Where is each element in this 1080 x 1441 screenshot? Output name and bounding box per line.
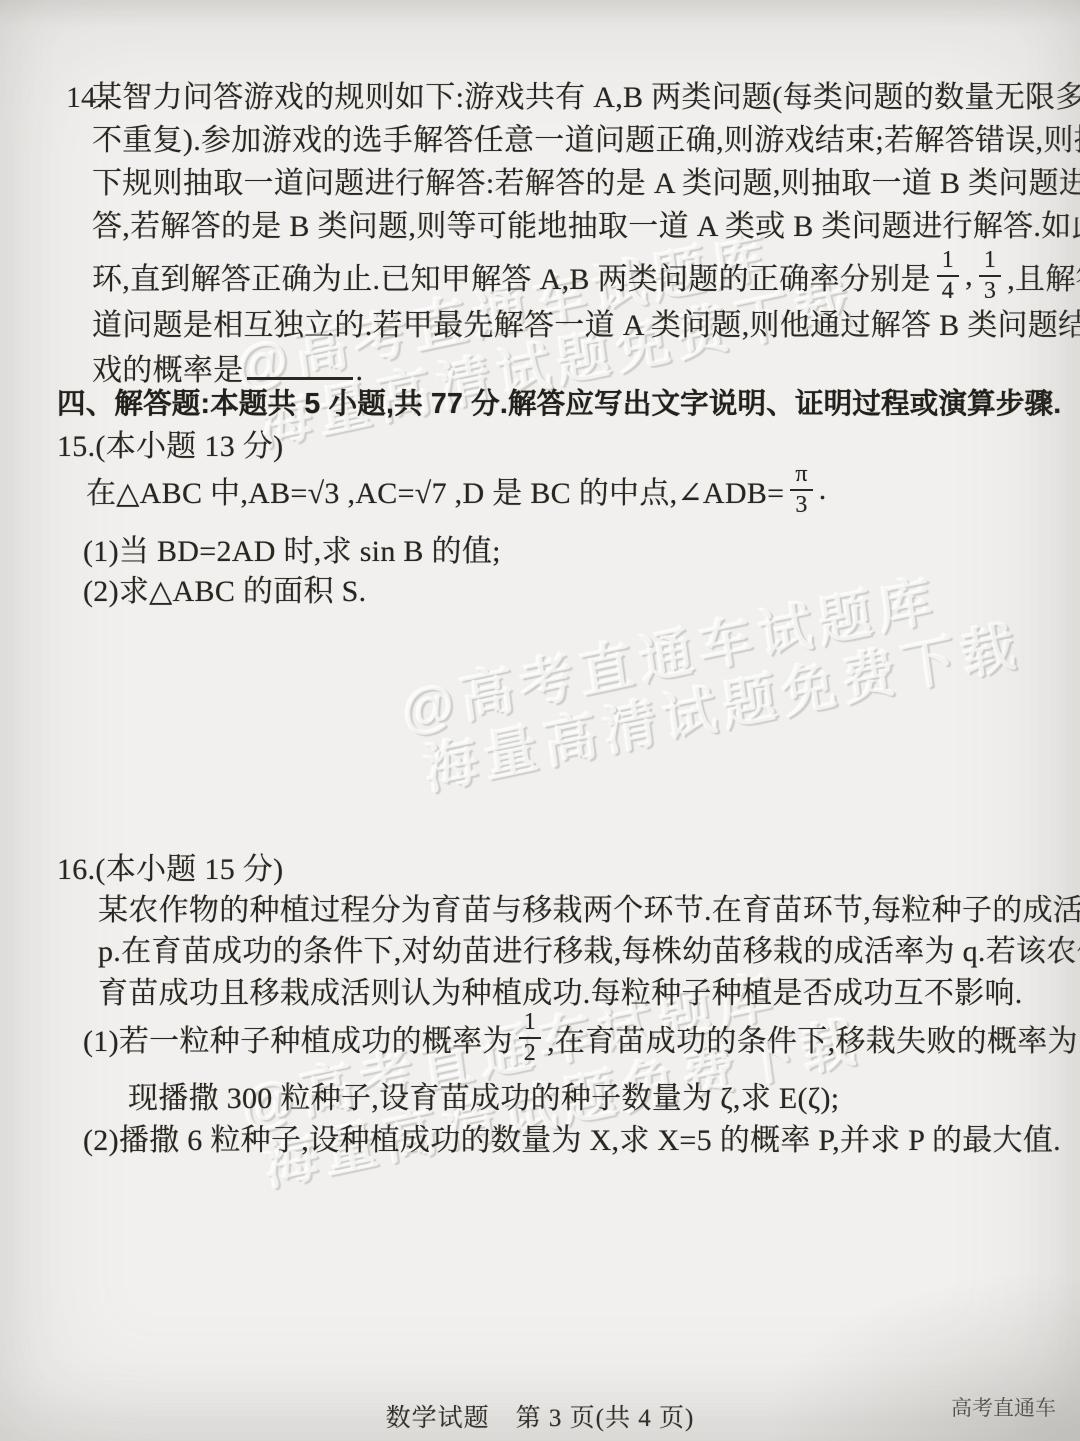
exam-page: @高考直通车试题库 海量高清试题免费下载 @高考直通车试题库 海量高清试题免费下… (0, 0, 1080, 1441)
watermark-line1: @高考直通车试题库 (398, 569, 942, 742)
fraction-denominator: 4 (942, 277, 954, 305)
question-16-part1: (1)若一粒种子种植成功的概率为 1 2 ,在育苗成功的条件下,移栽失败的概率为… (83, 1010, 1080, 1066)
fraction-numerator: π (790, 461, 812, 491)
question-text-line: 下规则抽取一道问题进行解答:若解答的是 A 类问题,则抽取一道 B 类问题进行解 (0, 162, 1080, 205)
question-text-line: 育苗成功且移栽成活则认为种植成功.每粒种子种植是否成功互不影响. (98, 972, 1023, 1015)
line-text: ,在育苗成功的条件下,移栽失败的概率为 (547, 1016, 1078, 1060)
fraction-1-3: 1 3 (979, 247, 1001, 305)
fraction-numerator: 1 (519, 1009, 541, 1039)
question-text-line: 某智力问答游戏的规则如下:游戏共有 A,B 两类问题(每类问题的数量无限多,且 (0, 76, 1080, 119)
fraction-1-4: 1 4 (937, 247, 959, 305)
question-16-header: 16.(本小题 15 分) (57, 848, 283, 891)
question-14: 14. 某智力问答游戏的规则如下:游戏共有 A,B 两类问题(每类问题的数量无限… (0, 76, 1080, 390)
fraction-numerator: 1 (937, 247, 959, 277)
line-text: 环,直到解答正确为止.已知甲解答 A,B 两类问题的正确率分别是 (92, 254, 931, 298)
question-text-line: p.在育苗成功的条件下,对幼苗进行移栽,每株幼苗移栽的成活率为 q.若该农作物 (98, 930, 1080, 973)
line-text: . (356, 354, 364, 387)
watermark-line2: 海量高清试题免费下载 (420, 614, 1025, 802)
footer-brand: 高考直通车 (951, 1392, 1056, 1422)
fraction-1-2: 1 2 (519, 1009, 541, 1067)
question-16-part1b: 现播撒 300 粒种子,设育苗成功的种子数量为 ζ,求 E(ζ); (128, 1077, 839, 1120)
question-15-part1: (1)当 BD=2AD 时,求 sin B 的值; (83, 530, 501, 573)
line-text: , (965, 259, 973, 293)
footer-page-label: 数学试题 第 3 页(共 4 页) (0, 1398, 1080, 1434)
fraction-denominator: 3 (795, 491, 807, 519)
section-header: 四、解答题:本题共 5 小题,共 77 分.解答应写出文字说明、证明过程或演算步… (57, 384, 1061, 424)
line-text: 在△ABC 中,AB=√3 ,AC=√7 ,D 是 BC 的中点,∠ADB= (86, 468, 784, 512)
fraction-denominator: 3 (984, 277, 996, 305)
fraction-pi-3: π 3 (790, 461, 812, 519)
question-number: 14. (66, 76, 104, 119)
question-text-line: 不重复).参加游戏的选手解答任意一道问题正确,则游戏结束;若解答错误,则按以 (0, 119, 1080, 162)
question-text-line: 道问题是相互独立的.若甲最先解答一道 A 类问题,则他通过解答 B 类问题结束游 (0, 304, 1080, 347)
question-text-line: 答,若解答的是 B 类问题,则等可能地抽取一道 A 类或 B 类问题进行解答.如… (0, 205, 1080, 248)
fraction-denominator: 2 (524, 1039, 536, 1067)
watermark: @高考直通车试题库 海量高清试题免费下载 (398, 552, 1026, 805)
question-16-part2: (2)播撒 6 粒种子,设种植成功的数量为 X,求 X=5 的概率 P,并求 P… (83, 1119, 1061, 1162)
question-text-line: 某农作物的种植过程分为育苗与移栽两个环节.在育苗环节,每粒种子的成活率为 (98, 889, 1080, 932)
line-text: 戏的概率是 (92, 354, 244, 387)
line-text: ,且解答每 (1007, 254, 1080, 298)
question-text-line: 环,直到解答正确为止.已知甲解答 A,B 两类问题的正确率分别是 1 4 , 1… (0, 248, 1080, 304)
question-15-given: 在△ABC 中,AB=√3 ,AC=√7 ,D 是 BC 的中点,∠ADB= π… (86, 462, 827, 518)
answer-blank (247, 347, 353, 380)
fraction-numerator: 1 (979, 247, 1001, 277)
line-text: (1)若一粒种子种植成功的概率为 (83, 1016, 513, 1060)
question-15-part2: (2)求△ABC 的面积 S. (83, 570, 366, 613)
line-text: . (819, 473, 827, 507)
